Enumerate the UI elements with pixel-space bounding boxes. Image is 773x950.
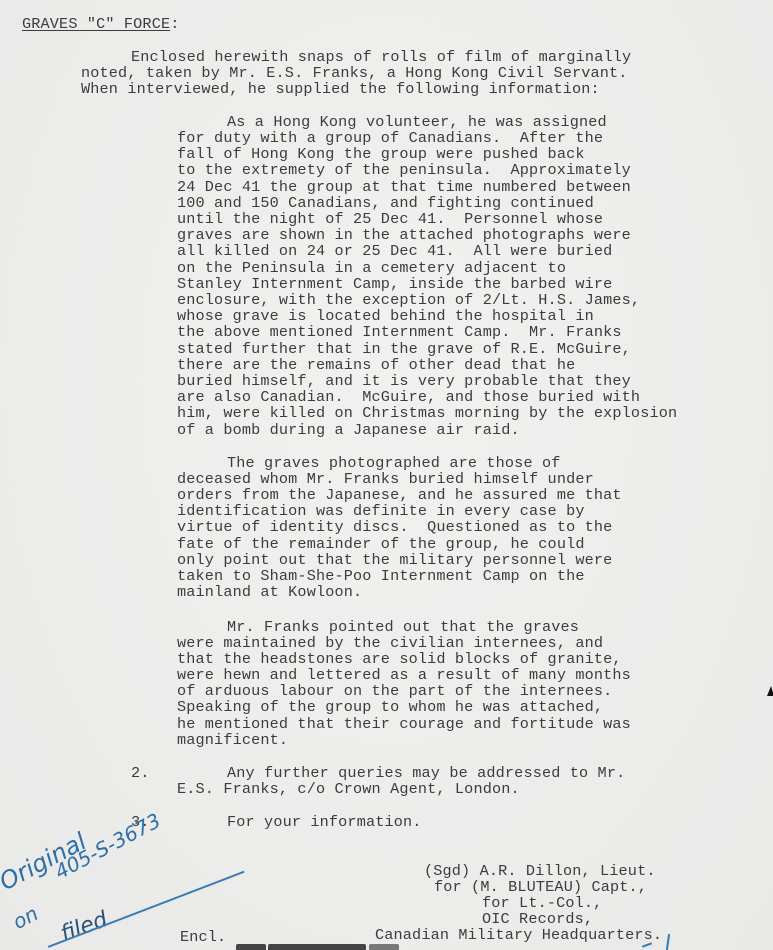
signature-line: (Sgd) A.R. Dillon, Lieut. bbox=[424, 863, 656, 879]
paragraph-line: Speaking of the group to whom he was att… bbox=[177, 699, 603, 715]
document-heading: GRAVES "C" FORCE: bbox=[22, 16, 180, 32]
paragraph-line: were maintained by the civilian internee… bbox=[177, 635, 603, 651]
paragraph-line: taken to Sham-She-Poo Internment Camp on… bbox=[177, 568, 585, 584]
paragraph-line: buried himself, and it is very probable … bbox=[177, 373, 631, 389]
signature-line: for Lt.-Col., bbox=[482, 895, 602, 911]
paragraph-line: 100 and 150 Canadians, and fighting cont… bbox=[177, 195, 594, 211]
ink-stroke bbox=[666, 934, 670, 950]
paragraph-line: whose grave is located behind the hospit… bbox=[177, 308, 594, 324]
bottom-tab bbox=[268, 944, 366, 950]
item-line: Any further queries may be addressed to … bbox=[227, 765, 625, 781]
intro-line: noted, taken by Mr. E.S. Franks, a Hong … bbox=[81, 65, 628, 81]
signature-line: Canadian Military Headquarters. bbox=[375, 927, 662, 943]
paragraph-line: the above mentioned Internment Camp. Mr.… bbox=[177, 324, 622, 340]
paragraph-line: enclosure, with the exception of 2/Lt. H… bbox=[177, 292, 640, 308]
bottom-tab bbox=[236, 944, 266, 950]
paragraph-line: fall of Hong Kong the group were pushed … bbox=[177, 146, 585, 162]
paragraph-line: mainland at Kowloon. bbox=[177, 584, 362, 600]
paragraph-line: to the extremety of the peninsula. Appro… bbox=[177, 162, 631, 178]
paragraph-line: on the Peninsula in a cemetery adjacent … bbox=[177, 260, 566, 276]
paragraph-line: were hewn and lettered as a result of ma… bbox=[177, 667, 631, 683]
item-line: E.S. Franks, c/o Crown Agent, London. bbox=[177, 781, 520, 797]
item-number: 2. bbox=[131, 765, 150, 781]
paragraph-line: are also Canadian. McGuire, and those bu… bbox=[177, 389, 640, 405]
paragraph-line: that the headstones are solid blocks of … bbox=[177, 651, 622, 667]
paragraph-line: of arduous labour on the part of the int… bbox=[177, 683, 612, 699]
paragraph-line: As a Hong Kong volunteer, he was assigne… bbox=[227, 114, 607, 130]
paragraph-line: Mr. Franks pointed out that the graves bbox=[227, 619, 579, 635]
paragraph-line: until the night of 25 Dec 41. Personnel … bbox=[177, 211, 603, 227]
handwritten-filed: filed bbox=[57, 907, 110, 947]
paragraph-line: virtue of identity discs. Questioned as … bbox=[177, 519, 612, 535]
paragraph-line: stated further that in the grave of R.E.… bbox=[177, 341, 631, 357]
paragraph-line: him, were killed on Christmas morning by… bbox=[177, 405, 677, 421]
paragraph-line: Stanley Internment Camp, inside the barb… bbox=[177, 276, 612, 292]
paragraph-line: The graves photographed are those of bbox=[227, 455, 561, 471]
edge-mark bbox=[767, 686, 773, 696]
paragraph-line: there are the remains of other dead that… bbox=[177, 357, 575, 373]
paragraph-line: all killed on 24 or 25 Dec 41. All were … bbox=[177, 243, 612, 259]
signature-line: OIC Records, bbox=[482, 911, 593, 927]
heading-text: GRAVES "C" FORCE bbox=[22, 15, 170, 33]
paragraph-line: orders from the Japanese, and he assured… bbox=[177, 487, 622, 503]
paragraph-line: of a bomb during a Japanese air raid. bbox=[177, 422, 520, 438]
intro-line: When interviewed, he supplied the follow… bbox=[81, 81, 600, 97]
paragraph-line: deceased whom Mr. Franks buried himself … bbox=[177, 471, 594, 487]
paragraph-line: 24 Dec 41 the group at that time numbere… bbox=[177, 179, 631, 195]
paragraph-line: he mentioned that their courage and fort… bbox=[177, 716, 631, 732]
paragraph-line: for duty with a group of Canadians. Afte… bbox=[177, 130, 603, 146]
paragraph-line: identification was definite in every cas… bbox=[177, 503, 585, 519]
paragraph-line: fate of the remainder of the group, he c… bbox=[177, 536, 585, 552]
signature-line: for (M. BLUTEAU) Capt., bbox=[434, 879, 647, 895]
paragraph-line: graves are shown in the attached photogr… bbox=[177, 227, 631, 243]
enclosure-label: Encl. bbox=[180, 929, 226, 945]
bottom-tab bbox=[369, 944, 399, 950]
document-page: GRAVES "C" FORCE: Enclosed herewith snap… bbox=[0, 0, 773, 950]
paragraph-line: only point out that the military personn… bbox=[177, 552, 612, 568]
paragraph-line: magnificent. bbox=[177, 732, 288, 748]
heading-colon: : bbox=[170, 15, 179, 33]
item-line: For your information. bbox=[227, 814, 422, 830]
intro-line: Enclosed herewith snaps of rolls of film… bbox=[131, 49, 631, 65]
handwritten-on: on bbox=[9, 901, 42, 934]
